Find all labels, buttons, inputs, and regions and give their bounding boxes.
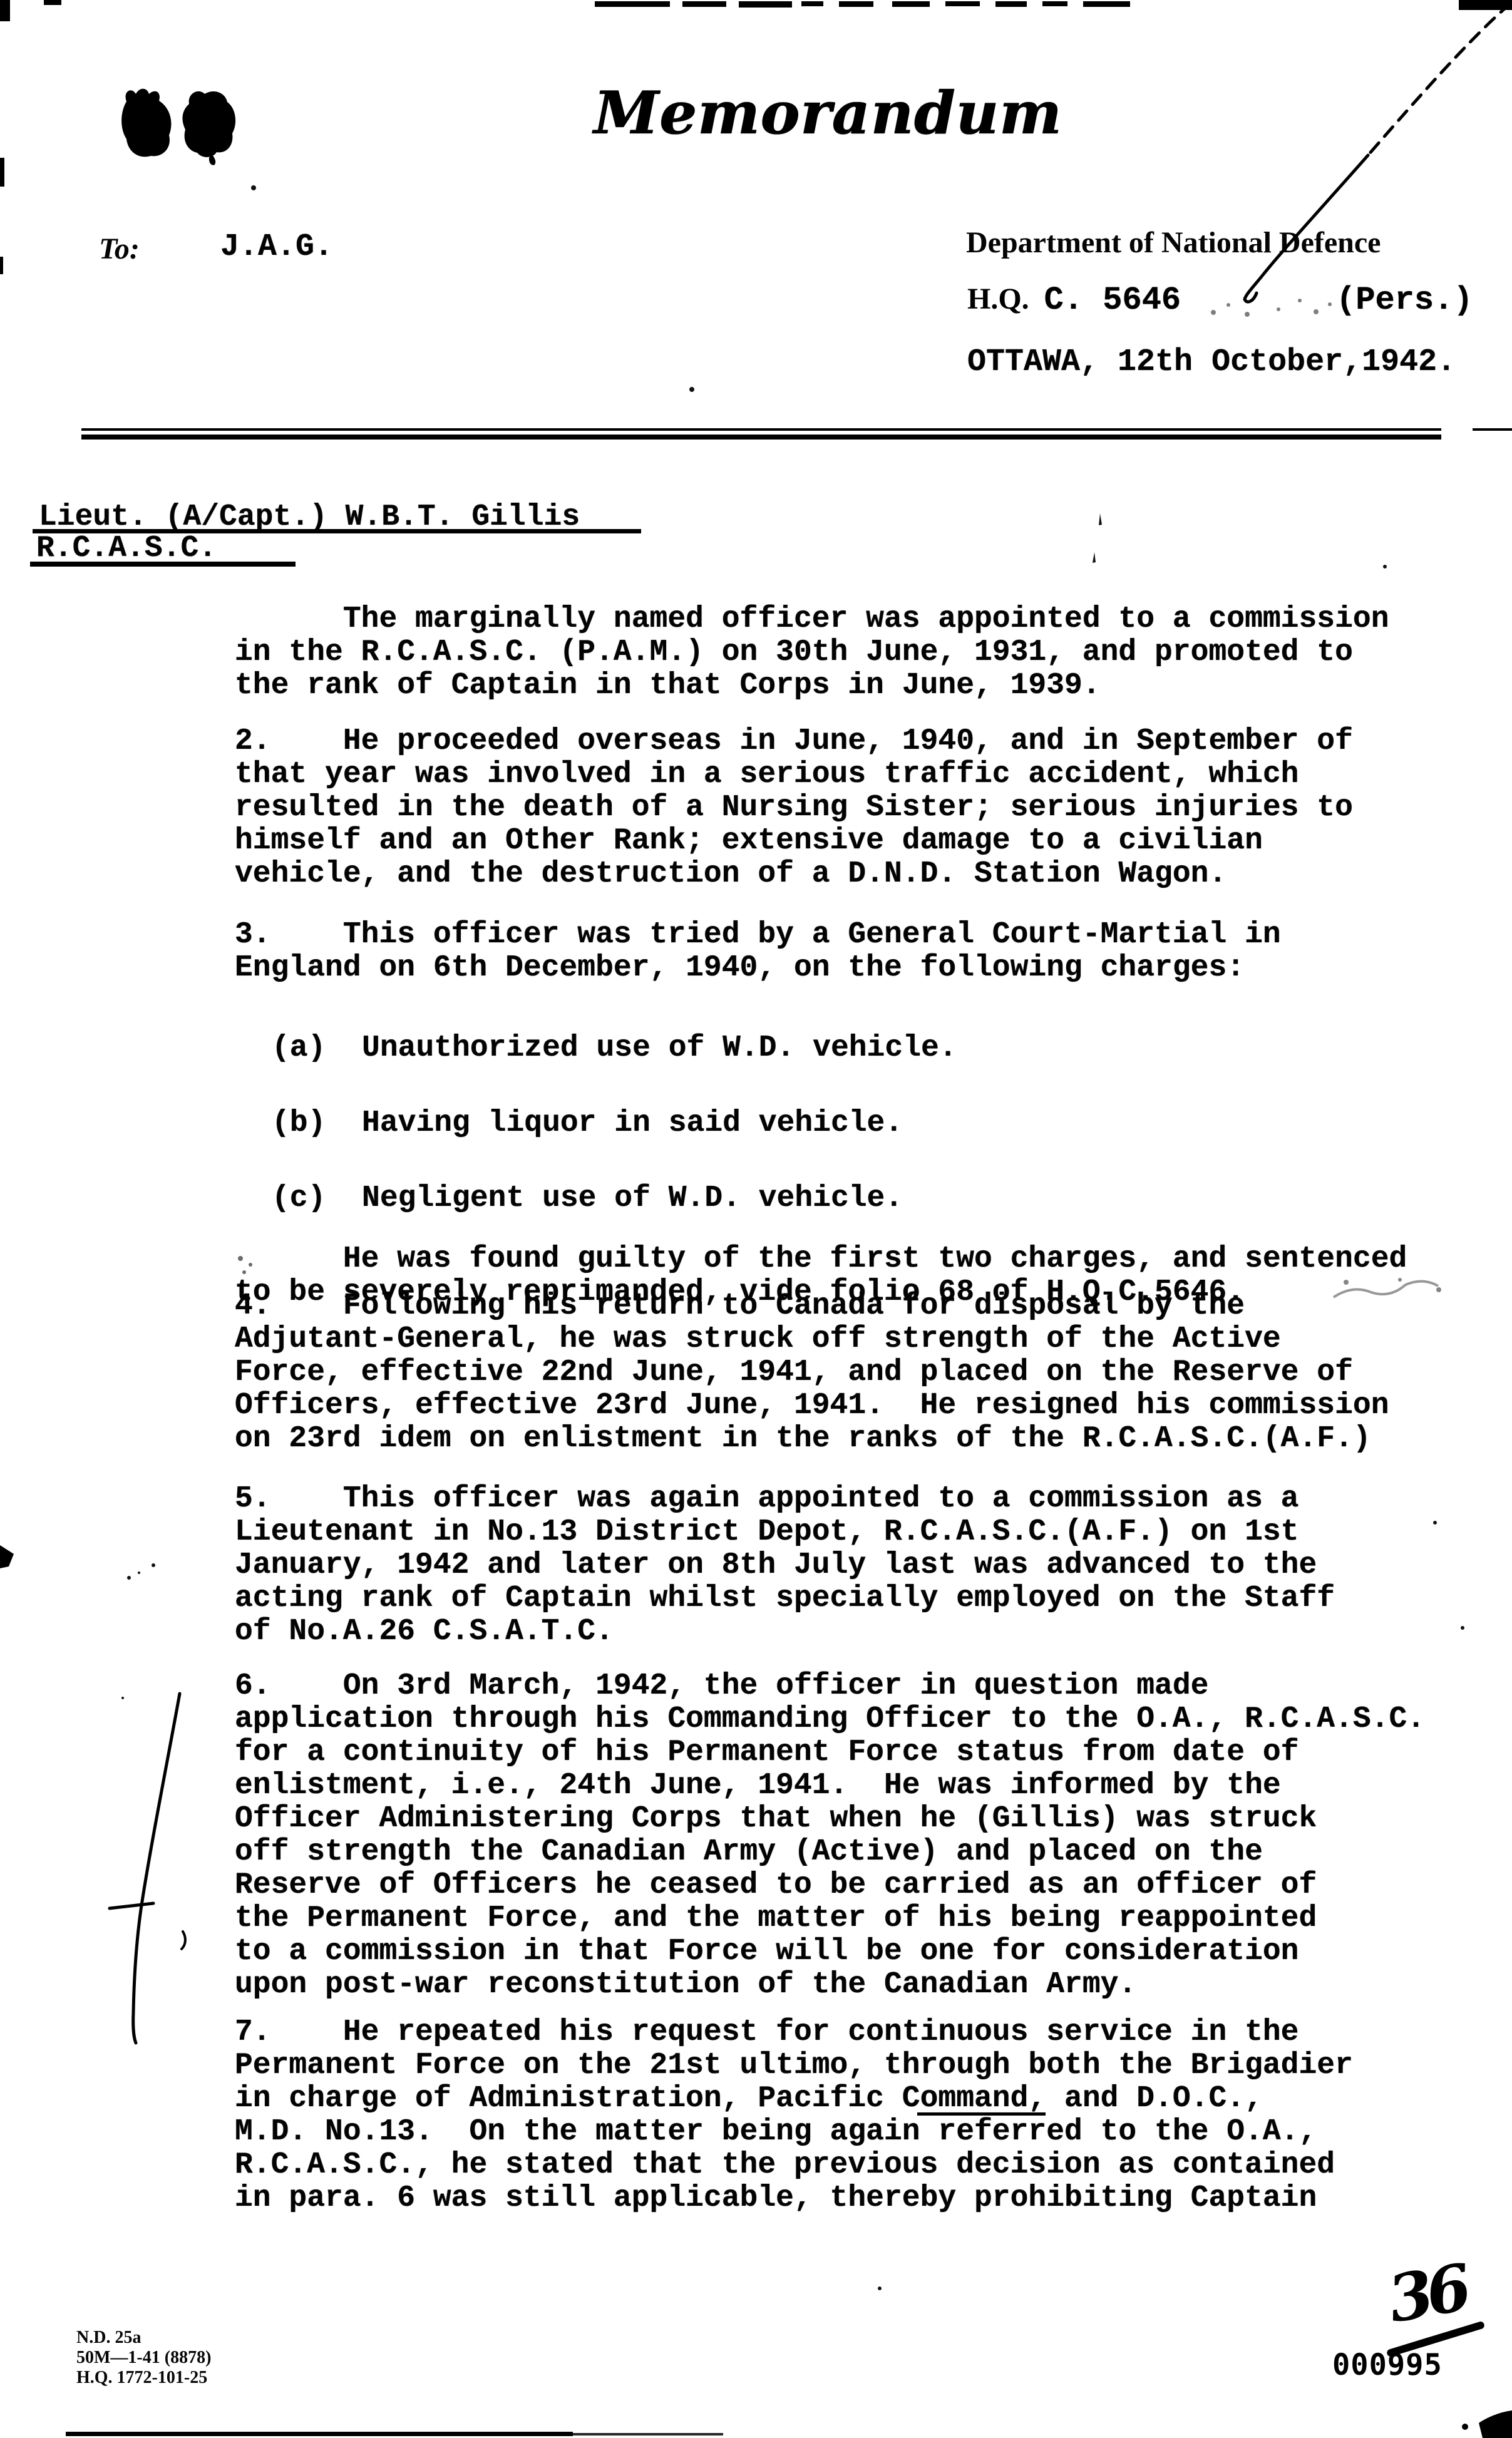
subject-underline-2 xyxy=(30,562,296,567)
to-label: To: xyxy=(99,232,140,266)
charge-b: (b) Having liquor in said vehicle. xyxy=(272,1107,903,1140)
paragraph-5: 5. This officer was again appointed to a… xyxy=(235,1483,1335,1648)
hq-file-number: C. 5646 xyxy=(1044,282,1181,319)
subject-line-2: R.C.A.S.C. xyxy=(36,532,217,565)
hq-prefix: H.Q. xyxy=(967,282,1029,316)
memorandum-page: Memorandum To: J.A.G. Department of Nati… xyxy=(0,0,1512,2438)
paragraph-7: 7. He repeated his request for continuou… xyxy=(235,2016,1353,2215)
memo-title: Memorandum xyxy=(594,79,1062,148)
divider-rule-top xyxy=(81,428,1441,431)
margin-pencil-line xyxy=(110,1694,185,2043)
paragraph-1: The marginally named officer was appoint… xyxy=(235,603,1389,702)
stamp-number: 000995 xyxy=(1332,2348,1443,2382)
divider-rule-edge xyxy=(1473,428,1512,431)
hq-file-line: H.Q.C. 5646(Pers.) xyxy=(967,282,1473,319)
paragraph-3: 3. This officer was tried by a General C… xyxy=(235,918,1281,985)
paragraph-2: 2. He proceeded overseas in June, 1940, … xyxy=(235,725,1353,891)
place-date-line: OTTAWA, 12th October,1942. xyxy=(967,346,1456,379)
paragraph-6: 6. On 3rd March, 1942, the officer in qu… xyxy=(235,1670,1425,2002)
command-underline-artifact xyxy=(917,2112,1046,2116)
hq-pers-suffix: (Pers.) xyxy=(1336,282,1473,319)
department-line: Department of National Defence xyxy=(966,225,1381,260)
handwritten-page-number: 36 xyxy=(1383,2250,1471,2337)
ink-blot-left xyxy=(121,89,171,157)
ink-blot-right xyxy=(182,91,235,165)
charge-a: (a) Unauthorized use of W.D. vehicle. xyxy=(272,1032,957,1065)
bottom-edge-marks xyxy=(66,2410,1512,2438)
divider-rule-bottom xyxy=(81,435,1441,440)
form-id-block: N.D. 25a 50M—1-41 (8878) H.Q. 1772-101-2… xyxy=(76,2328,211,2388)
left-edge-marks xyxy=(0,158,14,1568)
paragraph-4: 4. Following his return to Canada for di… xyxy=(235,1290,1389,1456)
to-value: J.A.G. xyxy=(220,230,333,264)
top-edge-dashes xyxy=(0,0,1512,21)
charge-c: (c) Negligent use of W.D. vehicle. xyxy=(272,1182,903,1215)
